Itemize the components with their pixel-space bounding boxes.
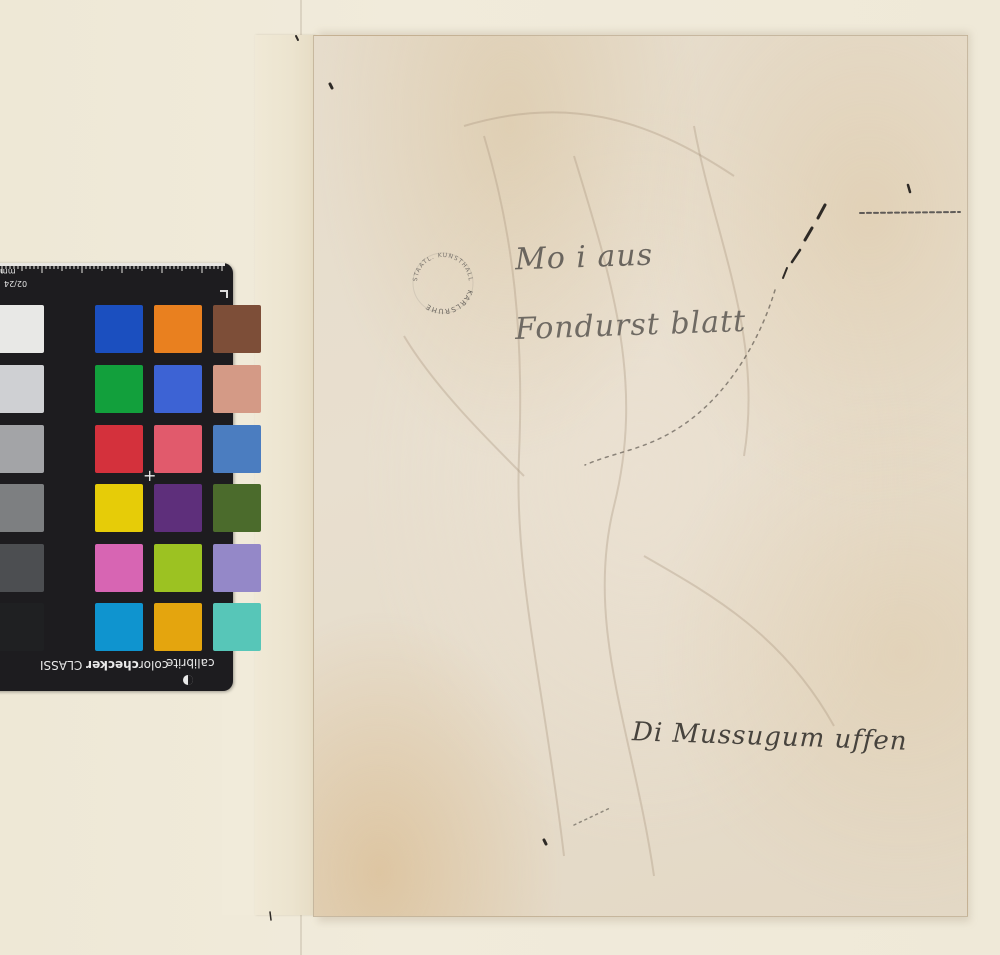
crosshair-icon: +	[143, 470, 156, 482]
handwritten-inscription-line-1: Mo i aus	[514, 238, 653, 278]
color-patch	[95, 603, 143, 651]
color-patch	[154, 365, 202, 413]
color-patch	[213, 603, 261, 651]
color-patch	[154, 484, 202, 532]
color-patch	[0, 484, 44, 532]
color-patch	[213, 544, 261, 592]
color-patch	[154, 425, 202, 473]
calibrite-label: calibrite	[166, 656, 215, 670]
color-patch	[213, 305, 261, 353]
color-patch	[0, 365, 44, 413]
color-patch	[95, 484, 143, 532]
mount-hinge-strip	[255, 35, 315, 915]
color-patch	[154, 305, 202, 353]
svg-text:STAATL. KUNSTHALLE: STAATL. KUNSTHALLE	[405, 245, 474, 282]
color-patch	[213, 425, 261, 473]
ruler-unit-label: mm	[0, 267, 16, 276]
color-patch	[0, 305, 44, 353]
color-patch	[0, 603, 44, 651]
color-patch	[95, 365, 143, 413]
color-patch	[154, 603, 202, 651]
calibrite-logo-icon	[183, 675, 193, 685]
drawing-sheet	[313, 35, 968, 917]
color-checker-card: mm 02/24	[0, 263, 233, 691]
corner-registration-mark-top	[220, 290, 228, 298]
color-patch	[0, 425, 44, 473]
checker-brand-label: colorchecker CLASSI	[40, 658, 168, 672]
color-patch	[95, 305, 143, 353]
faint-underdrawing	[314, 36, 967, 916]
color-patch	[0, 544, 44, 592]
color-patch	[213, 365, 261, 413]
color-patch	[95, 544, 143, 592]
ruler-scale	[0, 263, 225, 277]
collection-stamp-icon: KARLSRUHE STAATL. KUNSTHALLE	[405, 245, 481, 321]
color-patch	[95, 425, 143, 473]
color-patch	[213, 484, 261, 532]
color-patch	[154, 544, 202, 592]
checker-date-code: 02/24	[4, 279, 27, 288]
